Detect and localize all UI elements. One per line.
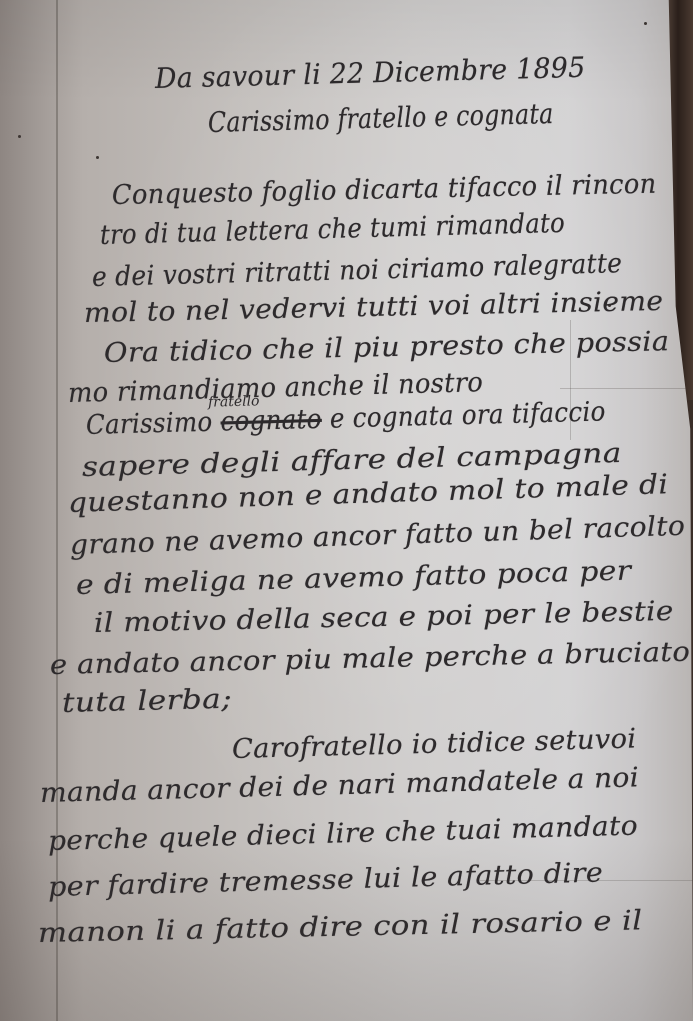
letter-struck-word: cognato [220, 404, 322, 438]
letter-line-7-rest: e cognata ora tifaccio [329, 396, 605, 434]
letter-line-3: e dei vostri ritratti noi ciriamo ralegr… [92, 248, 623, 293]
letter-line-18: per fardire tremesse lui le afatto dire [48, 857, 604, 903]
letter-page: Da savour li 22 Dicembre 1895 Carissimo … [0, 0, 693, 1021]
letter-line-7-start: Carissimo [86, 407, 213, 441]
letter-line-4: mol to nel vedervi tutti voi altri insie… [84, 286, 664, 329]
letter-line-15: Carofratello io tidice setuvoi [232, 723, 637, 765]
letter-line-10: grano ne avemo ancor fatto un bel racolt… [70, 511, 686, 561]
fold-crease-vertical [56, 0, 58, 1021]
letter-place-date: Da savour li 22 Dicembre 1895 [155, 51, 586, 95]
letter-line-14: tuta lerba; [62, 684, 233, 719]
letter-line-5: Ora tidico che il piu presto che possia [104, 326, 670, 369]
letter-line-11: e di meliga ne avemo fatto poca per [76, 555, 632, 601]
letter-line-12: il motivo della seca e poi per le bestie [94, 596, 674, 639]
letter-line-1: Conquesto foglio dicarta tifacco il rinc… [112, 169, 657, 211]
letter-line-16: manda ancor dei de nari mandatele a noi [40, 762, 640, 809]
letter-line-13: e andato ancor piu male perche a bruciat… [50, 637, 691, 681]
letter-line-2: tro di tua lettera che tumi rimandato [100, 208, 566, 251]
letter-salutation: Carissimo fratello e cognata [208, 97, 554, 139]
letter-line-17: perche quele dieci lire che tuai mandato [48, 811, 639, 857]
ink-speck [96, 156, 99, 159]
ink-speck [644, 22, 647, 25]
letter-line-19: manon li a fatto dire con il rosario e i… [38, 905, 643, 949]
ink-speck [18, 135, 21, 138]
fold-crease-horizontal [560, 388, 693, 389]
